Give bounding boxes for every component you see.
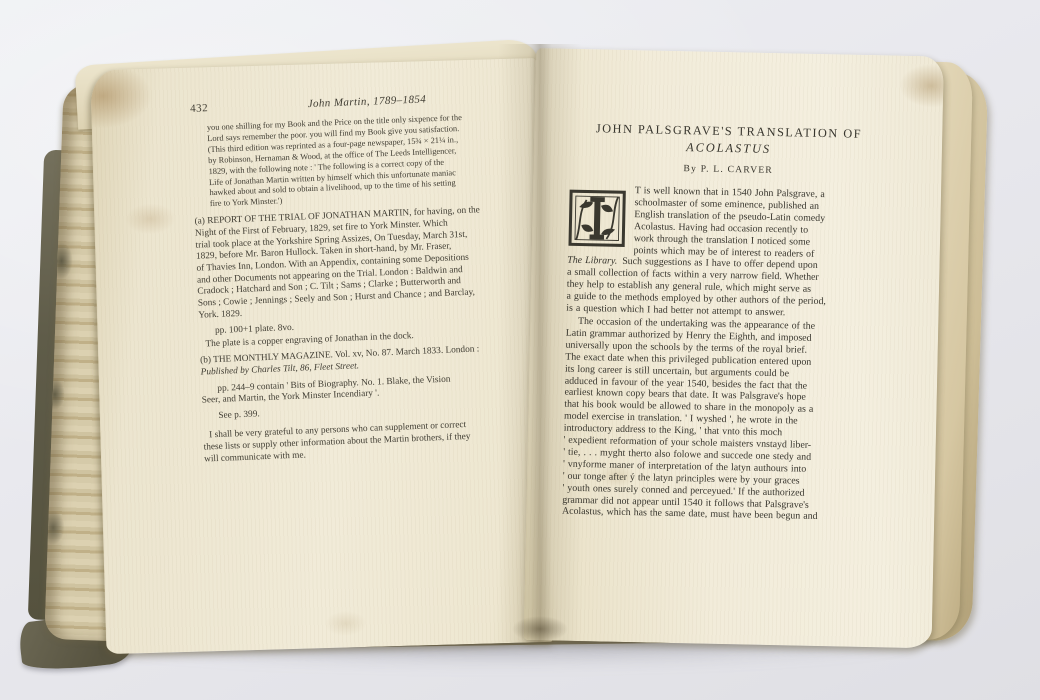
left-page-content: 432 John Martin, 1789–1854 you one shill… <box>190 89 538 465</box>
opening-paragraph-rest: a small collection of facts within a ver… <box>566 267 885 321</box>
right-page-content: JOHN PALSGRAVE'S TRANSLATION OF ACOLASTU… <box>562 121 888 525</box>
article-body: T is well known that in 1540 John Palsgr… <box>562 184 887 525</box>
page-number: 432 <box>190 101 236 115</box>
the-library-italic: The Library. <box>567 255 617 267</box>
quotation-block: you one shilling for my Book and the Pri… <box>191 110 528 211</box>
trial-report-entry: (a) REPORT OF THE TRIAL OF JONATHAN MART… <box>194 204 532 322</box>
article-byline: By P. L. CARVER <box>569 161 887 179</box>
ornamental-initial-icon <box>567 186 626 251</box>
header-spacer <box>498 98 524 99</box>
second-paragraph: The occasion of the undertaking was the … <box>562 316 884 525</box>
